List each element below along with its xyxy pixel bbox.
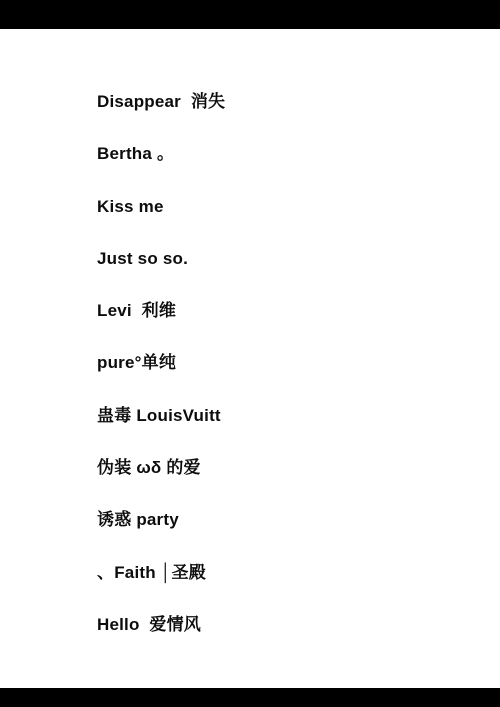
nickname-line: 诱惑 party: [97, 509, 480, 561]
nickname-line: Disappear 消失: [97, 91, 480, 143]
nickname-line: Bertha 。: [97, 143, 480, 195]
nickname-list: Disappear 消失 Bertha 。 Kiss me Just so so…: [97, 91, 480, 666]
bottom-letterbox-bar: [0, 688, 500, 707]
nickname-line: Just so so.: [97, 248, 480, 300]
top-letterbox-bar: [0, 0, 500, 29]
nickname-line: 、Faith │圣殿: [97, 562, 480, 614]
nickname-line: Kiss me: [97, 196, 480, 248]
nickname-line: Hello 爱情风: [97, 614, 480, 666]
nickname-line: 蛊毒 LouisVuitt: [97, 405, 480, 457]
nickname-line: 伪装 ωδ 的爱: [97, 457, 480, 509]
nickname-line: Levi 利维: [97, 300, 480, 352]
nickname-line: pure°单纯: [97, 352, 480, 404]
document-page: { "page": { "background_color": "#ffffff…: [0, 0, 500, 707]
